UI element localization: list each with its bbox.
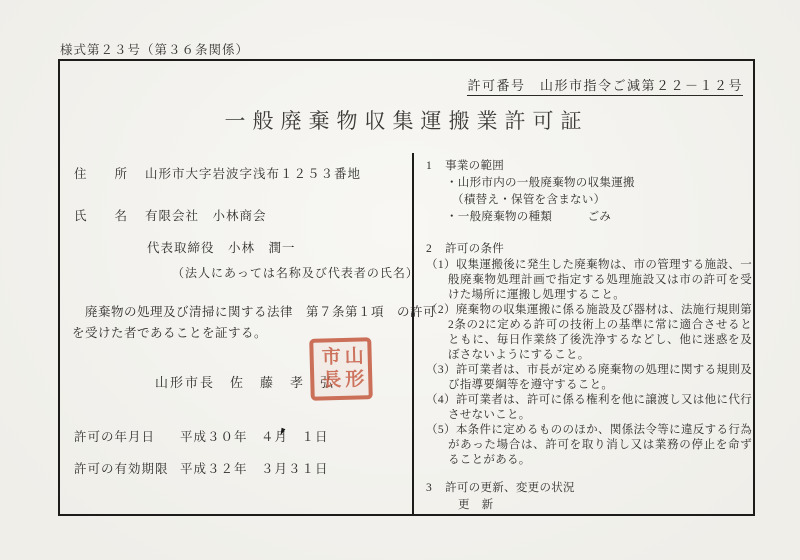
section-business-scope-heading: 1 事業の範囲 (426, 158, 752, 175)
condition-marker: （5） (426, 424, 456, 436)
address-label: 住 所 (74, 164, 128, 182)
section3-number: 3 (426, 480, 432, 497)
section3-title: 許可の更新、変更の状況 (445, 480, 575, 497)
section1-title: 事業の範囲 (445, 158, 504, 175)
condition-item: （5）本条件に定めるもののほか、関係法令等に違反する行為があった場合は、許可を取… (426, 423, 752, 468)
condition-text: 本条件に定めるもののほか、関係法令等に違反する行為があった場合は、許可を取り消し… (448, 424, 752, 466)
permit-details-column: 1 事業の範囲 ・山形市内の一般廃棄物の収集運搬 （積替え・保管を含まない） ・… (426, 158, 752, 514)
section1-number: 1 (426, 158, 432, 175)
company-name: 有限会社 小林商会 (145, 206, 267, 224)
expiry-date-value: 平成３２年 ３月３１日 (180, 459, 329, 477)
address-value: 山形市大字岩波字浅布１２５３番地 (145, 164, 361, 182)
section-renewal-heading: 3 許可の更新、変更の状況 (426, 480, 752, 497)
condition-text: 収集運搬後に発生した廃棄物は、市の管理する施設、一般廃棄物処理計画で指定する処理… (448, 259, 752, 301)
seal-left-column: 市長 (319, 346, 339, 392)
permit-sheet: 許可番号 山形市指令ご減第２２－１２号 一般廃棄物収集運搬業許可証 住 所 山形… (58, 59, 755, 516)
renewal-status-value: 更 新 (458, 497, 752, 514)
scope-item: （積替え・保管を含まない） (446, 192, 752, 209)
issue-date-value: 平成３０年 ４月 １日 (180, 427, 329, 445)
section2-number: 2 (426, 241, 432, 258)
condition-item: （4）許可業者は、許可に係る権利を他に譲渡し又は他に代行させないこと。 (426, 393, 752, 423)
representative-name: 代表取締役 小林 潤一 (147, 238, 296, 256)
mayor-seal-stamp-icon: 山形 市長 (309, 337, 373, 401)
section-conditions-heading: 2 許可の条件 (426, 241, 752, 258)
condition-marker: （2） (426, 304, 456, 316)
condition-marker: （4） (426, 394, 456, 406)
corporate-note: （法人にあっては名称及び代表者の氏名） (172, 264, 419, 281)
condition-marker: （1） (426, 259, 456, 271)
issue-date-label: 許可の年月日 (74, 427, 155, 445)
scope-item: ・山形市内の一般廃棄物の収集運搬 (446, 175, 752, 192)
permit-number: 許可番号 山形市指令ご減第２２－１２号 (467, 75, 743, 96)
condition-item: （2）廃棄物の収集運搬に係る施設及び器材は、法施行規則第2条の2に定める許可の技… (426, 303, 752, 363)
seal-right-column: 山形 (342, 345, 362, 391)
condition-item: （3）許可業者は、市長が定める廃棄物の処理に関する規則及び指導要綱等を遵守するこ… (426, 363, 752, 393)
condition-text: 許可業者は、許可に係る権利を他に譲渡し又は他に代行させないこと。 (448, 394, 752, 421)
mayor-signature: 山形市長 佐 藤 孝 弘 (155, 372, 335, 391)
scanned-permit-page: 様式第２３号（第３６条関係） 許可番号 山形市指令ご減第２２－１２号 一般廃棄物… (0, 0, 800, 560)
expiry-date-label: 許可の有効期限 (74, 459, 169, 477)
business-scope-list: ・山形市内の一般廃棄物の収集運搬 （積替え・保管を含まない） ・一般廃棄物の種類… (446, 175, 752, 226)
certification-line-1: 廃棄物の処理及び清掃に関する法律 第７条第１項 の許可 (72, 302, 408, 323)
condition-marker: （3） (426, 364, 456, 376)
section2-title: 許可の条件 (445, 241, 504, 258)
condition-text: 許可業者は、市長が定める廃棄物の処理に関する規則及び指導要綱等を遵守すること。 (448, 364, 752, 391)
condition-item: （1）収集運搬後に発生した廃棄物は、市の管理する施設、一般廃棄物処理計画で指定す… (426, 258, 752, 303)
scope-item: ・一般廃棄物の種類 ごみ (446, 209, 752, 226)
form-number-label: 様式第２３号（第３６条関係） (60, 40, 249, 58)
document-title: 一般廃棄物収集運搬業許可証 (60, 105, 753, 135)
name-label: 氏 名 (74, 206, 128, 224)
condition-text: 廃棄物の収集運搬に係る施設及び器材は、法施行規則第2条の2に定める許可の技術上の… (448, 304, 752, 361)
column-divider (412, 153, 414, 514)
